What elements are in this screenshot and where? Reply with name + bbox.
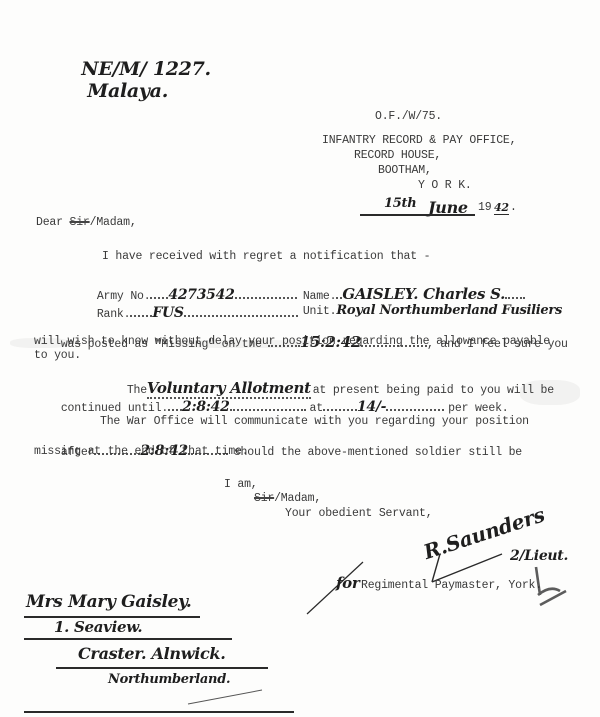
date-end: .: [510, 201, 517, 214]
date-day: 15th: [384, 196, 416, 211]
letter-page: NE/M/ 1227. Malaya. O.F./W/75. INFANTRY …: [0, 0, 600, 717]
para3-line3: missing at the end of that time.: [34, 445, 248, 458]
para3-line1: The War Office will communicate with you…: [100, 415, 529, 428]
intro-line: I have received with regret a notificati…: [102, 250, 430, 263]
date-underline: [360, 214, 475, 216]
paymaster-title: Regimental Paymaster, York.: [361, 579, 542, 592]
address-underline-2: [24, 638, 232, 640]
struck-sir: Sir: [254, 492, 274, 505]
file-reference: NE/M/ 1227.: [81, 58, 211, 80]
addressee-name: Mrs Mary Gaisley.: [26, 592, 191, 612]
addressee-line2: Craster. Alnwick.: [78, 644, 226, 663]
office-name: INFANTRY RECORD & PAY OFFICE,: [322, 134, 516, 147]
para1-line3: to you.: [34, 349, 81, 362]
continued-until-date: 2:8:42: [182, 399, 230, 415]
office-reference-code: O.F./W/75.: [375, 110, 442, 123]
initial-scribble: [530, 565, 570, 610]
addressee-line1: 1. Seaview.: [54, 618, 142, 636]
office-street: BOOTHAM,: [378, 164, 432, 177]
posting-location: Malaya.: [87, 80, 168, 102]
address-stroke: [186, 688, 266, 708]
struck-sir: Sir: [70, 216, 90, 229]
office-city: Y O R K.: [418, 179, 472, 192]
allowance-amount: 14/-: [357, 399, 386, 415]
para1-line2: will wish to know without delay your pos…: [34, 335, 550, 348]
signatory-rank: 2/Lieut.: [510, 548, 568, 564]
salutation: Dear Sir/Madam,: [36, 216, 137, 229]
closing-i-am: I am,: [224, 478, 258, 491]
unit-label: Unit.: [303, 305, 337, 318]
address-underline-4: [24, 711, 294, 713]
address-underline-3: [56, 667, 268, 669]
addressee-line3: Northumberland.: [108, 672, 230, 687]
date-year-suffix: 42: [494, 201, 509, 215]
for-mark: for: [336, 574, 359, 592]
office-building: RECORD HOUSE,: [354, 149, 441, 162]
unit-value: Royal Northumberland Fusiliers: [336, 303, 562, 318]
closing-madam: Sir/Madam,: [254, 492, 321, 505]
handwritten-reference: NE/M/ 1227. Malaya.: [56, 36, 211, 124]
date-year-prefix: 19: [478, 201, 491, 214]
closing-servant: Your obedient Servant,: [285, 507, 432, 520]
rank-value: FUS: [152, 305, 183, 321]
